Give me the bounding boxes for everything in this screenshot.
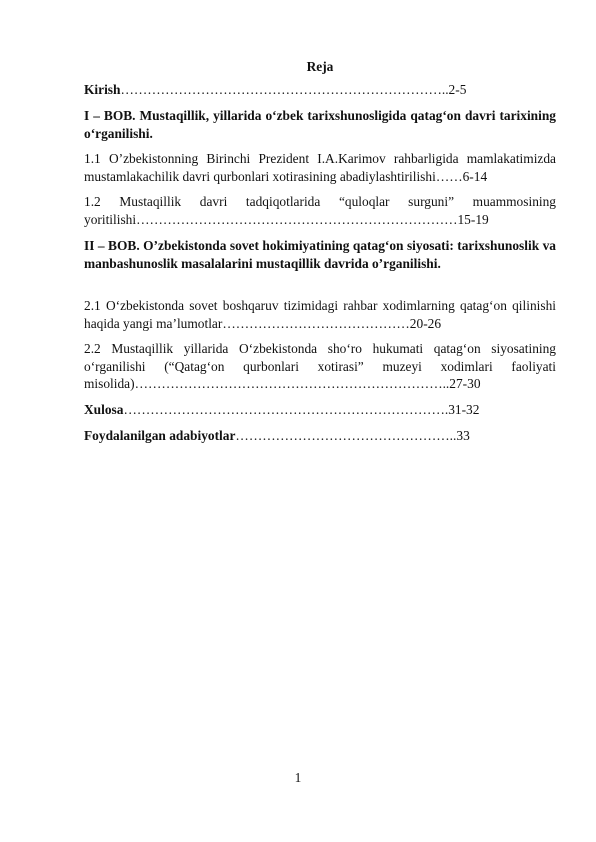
toc-entry-1-2: 1.2 Mustaqillik davri tadqiqotlarida “qu… — [84, 193, 556, 228]
toc-entry-xulosa: Xulosa……………………………………………………………….31-32 — [84, 401, 556, 419]
toc-entry-kirish: Kirish………………………………………………………………..2-5 — [84, 81, 556, 99]
toc-dots: ……………………………………………………………….. — [120, 82, 448, 97]
toc-pages: 20-26 — [410, 316, 441, 331]
toc-entry-1-1: 1.1 O’zbekistonning Birinchi Prezident I… — [84, 150, 556, 185]
toc-text-line2: yoritilishi — [84, 212, 136, 227]
toc-pages: 2-5 — [449, 82, 467, 97]
toc-entry-2-2: 2.2 Mustaqillik yillarida O‘zbekistonda … — [84, 340, 556, 393]
toc-label: Kirish — [84, 82, 120, 97]
toc-dots: …… — [436, 169, 463, 184]
toc-dots: …………………………………… — [222, 316, 409, 331]
toc-text-line1: 1.2 Mustaqillik davri tadqiqotlarida “qu… — [84, 193, 556, 211]
page-number: 1 — [0, 770, 596, 786]
toc-dots: …………………………………………………………….. — [135, 376, 450, 391]
toc-dots: ………………………………………………………………. — [123, 402, 448, 417]
toc-pages: 15-19 — [457, 212, 488, 227]
toc-pages: 27-30 — [449, 376, 480, 391]
toc-pages: 31-32 — [448, 402, 479, 417]
toc-pages: 6-14 — [463, 169, 488, 184]
toc-label: Foydalanilgan adabiyotlar — [84, 428, 235, 443]
toc-entry-2-1: 2.1 O‘zbekistonda sovet boshqaruv tizimi… — [84, 297, 556, 332]
toc-label: Xulosa — [84, 402, 123, 417]
toc-entry-adabiyotlar: Foydalanilgan adabiyotlar………………………………………… — [84, 427, 556, 445]
toc-dots: ……………………………………………………………… — [136, 212, 457, 227]
chapter-2-heading: II – BOB. O’zbekistonda sovet hokimiyati… — [84, 237, 556, 272]
toc-pages: 33 — [456, 428, 469, 443]
page-title: Reja — [84, 59, 556, 75]
toc-dots: ………………………………………….. — [235, 428, 456, 443]
chapter-1-heading: I – BOB. Mustaqillik, yillarida o‘zbek t… — [84, 107, 556, 142]
